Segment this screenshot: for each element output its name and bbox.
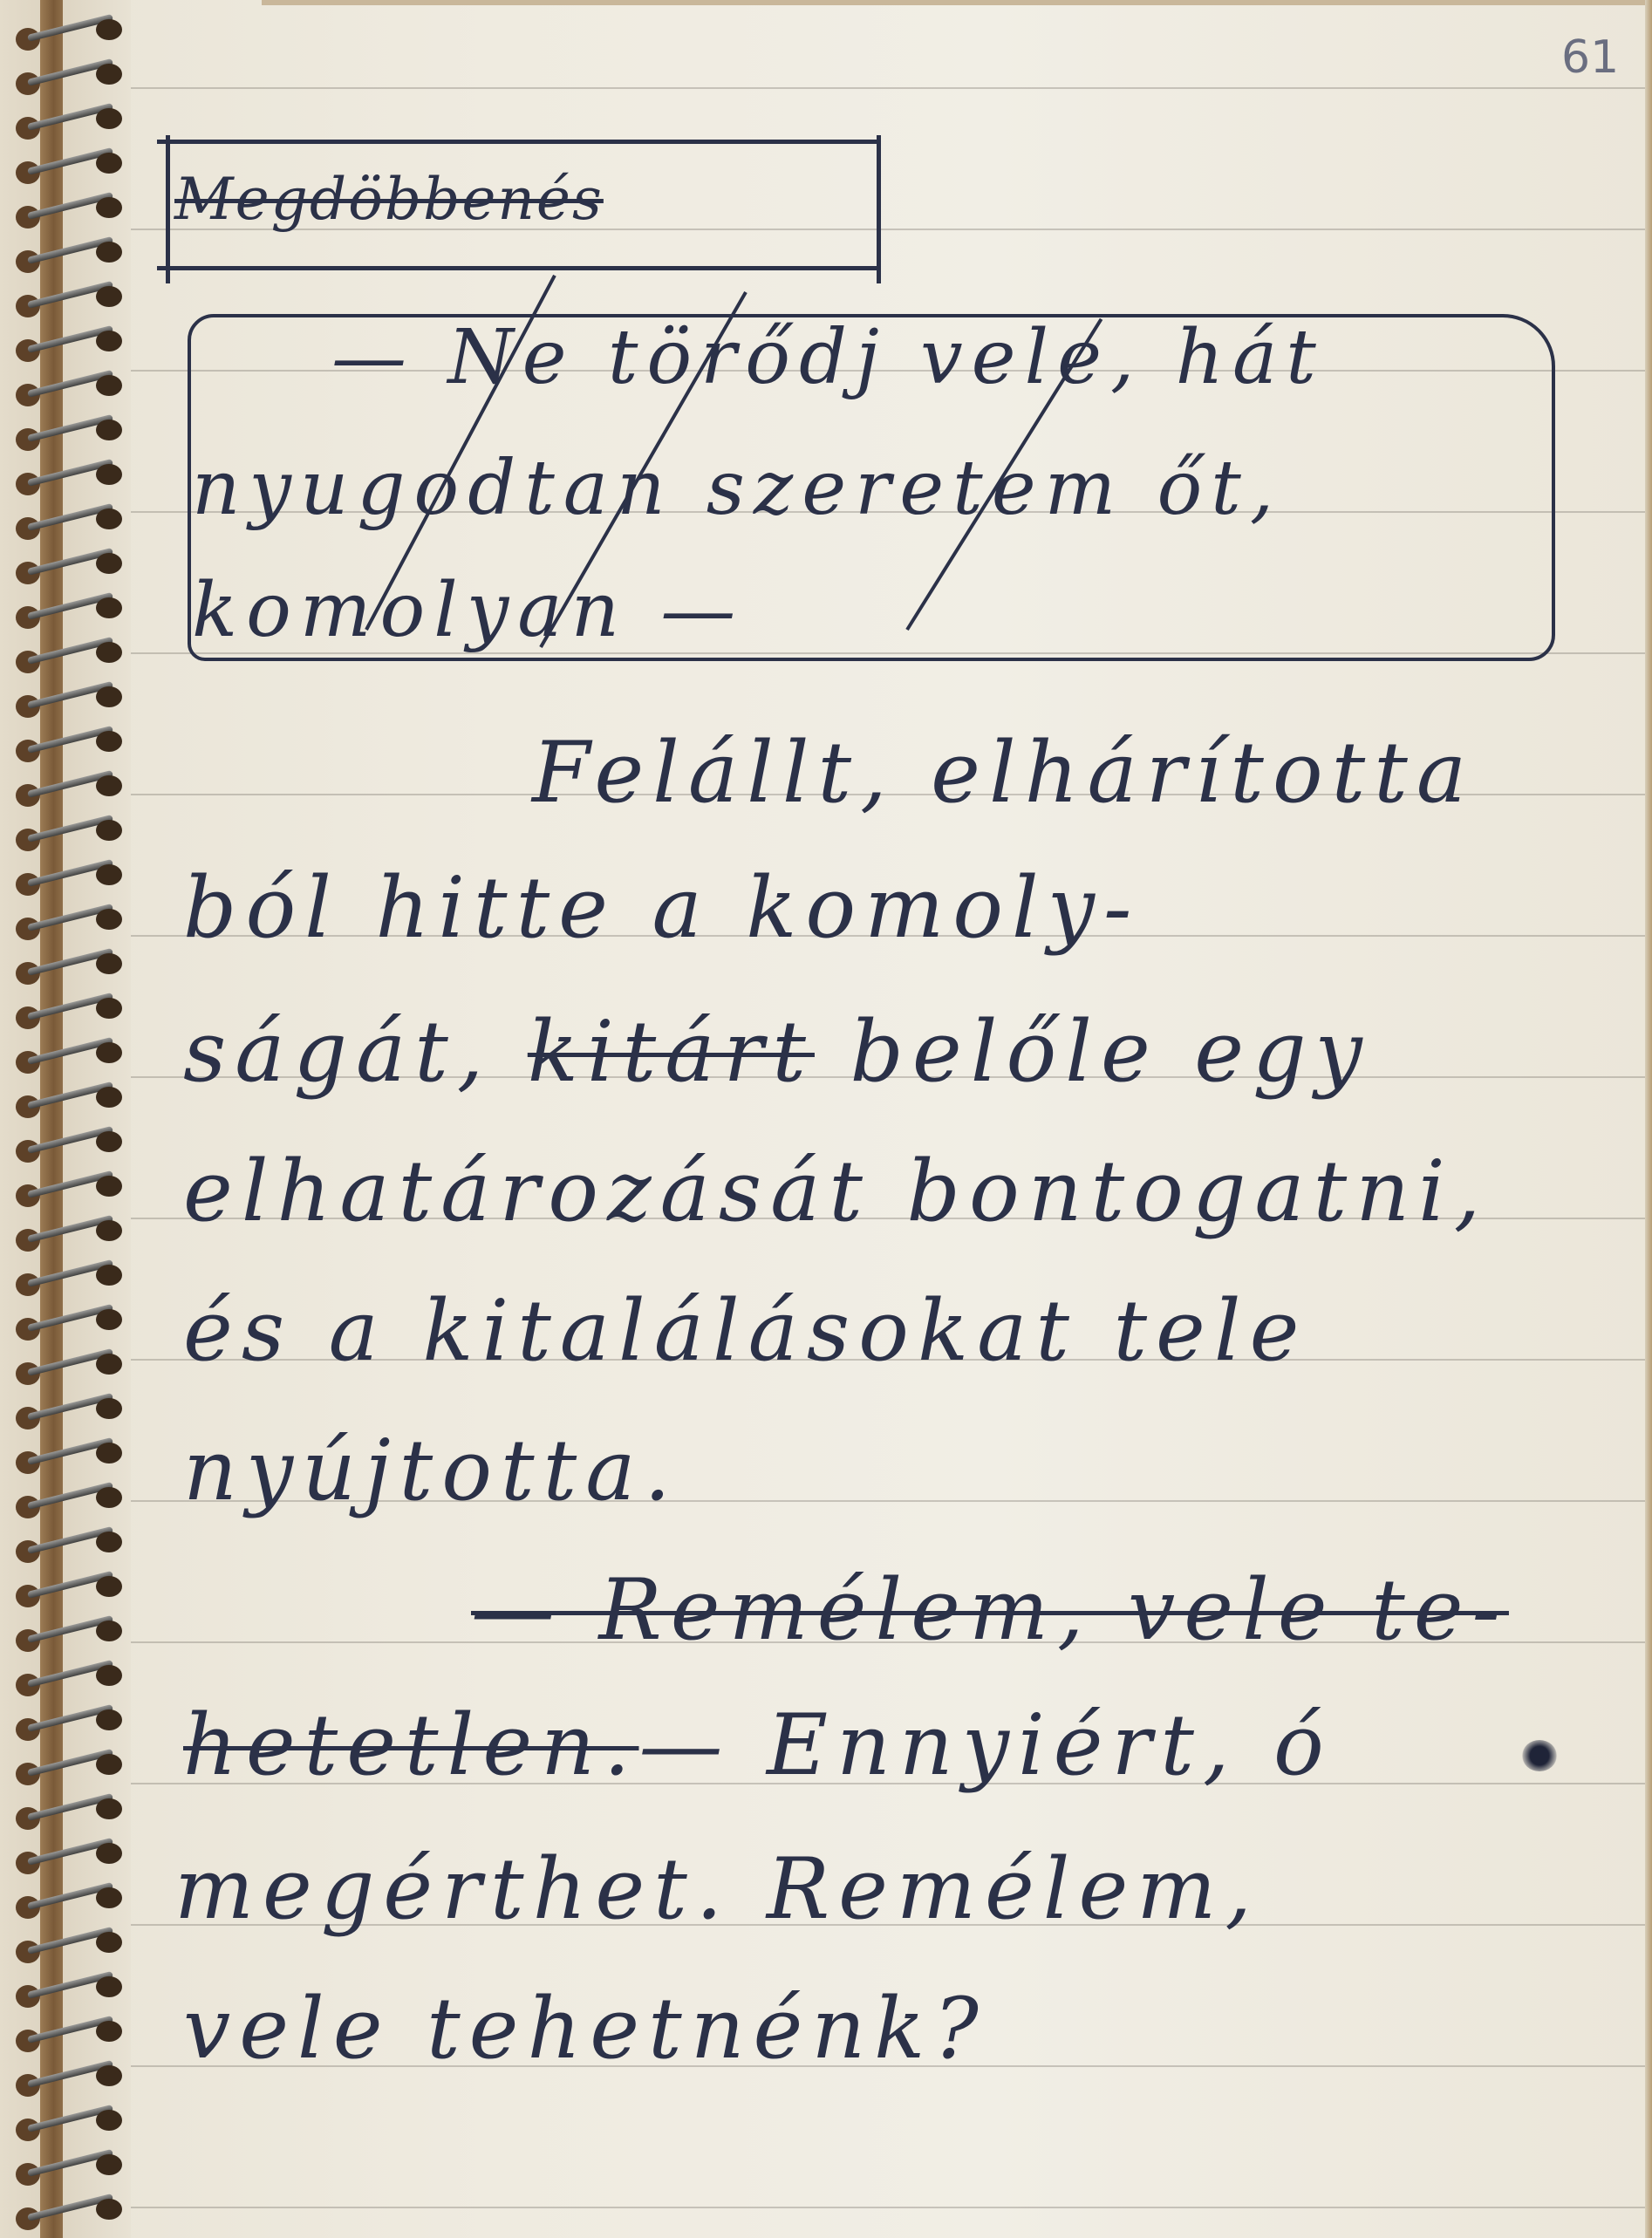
spiral-coil	[16, 649, 122, 677]
spiral-coil	[16, 293, 122, 321]
spiral-coil	[16, 1716, 122, 1744]
body-line: nyújtotta.	[183, 1422, 679, 1519]
body-word: ságát,	[183, 1003, 528, 1101]
ruled-line	[131, 87, 1645, 89]
spiral-coil	[16, 338, 122, 365]
spiral-coil	[16, 693, 122, 721]
spiral-coil	[16, 1138, 122, 1166]
spiral-coil	[16, 1450, 122, 1477]
page-number: 61	[1561, 31, 1619, 84]
spiral-coil	[16, 115, 122, 143]
spiral-coil	[16, 2206, 122, 2234]
spiral-coil	[16, 2117, 122, 2145]
spiral-coil	[16, 604, 122, 632]
spiral-coil	[16, 1805, 122, 1833]
spiral-coil	[16, 1761, 122, 1789]
spiral-coil	[16, 160, 122, 188]
spiral-coil	[16, 560, 122, 588]
spiral-coil	[16, 2161, 122, 2189]
spiral-coil	[16, 1583, 122, 1611]
body-line: vele tehetnénk?	[183, 1980, 987, 2078]
body-line: elhatározását bontogatni,	[183, 1143, 1489, 1240]
spiral-coil	[16, 871, 122, 899]
spiral-coil	[16, 471, 122, 499]
body-line: megérthet. Remélem,	[174, 1840, 1260, 1938]
spiral-coil	[16, 1494, 122, 1522]
body-line: Felállt, elhárította	[532, 724, 1475, 822]
spiral-coil	[16, 1183, 122, 1211]
spiral-coil	[16, 782, 122, 810]
page-right-edge	[1645, 0, 1652, 2238]
page-top-edge	[262, 0, 1652, 5]
cancelled-line: — Ne törődj vele, hát	[331, 314, 1325, 401]
notebook-page: 61 Megdöbbenés — Ne törődj vele, hát nyu…	[0, 0, 1652, 2238]
spiral-coil	[16, 1539, 122, 1566]
spiral-coil	[16, 738, 122, 766]
ink-blot-icon	[1522, 1740, 1557, 1771]
spiral-coil	[16, 1627, 122, 1655]
spiral-coil	[16, 1983, 122, 2011]
spiral-coil	[16, 916, 122, 944]
struck-word: kitárt	[528, 1003, 815, 1101]
spiral-coil	[16, 426, 122, 454]
spiral-coil	[16, 71, 122, 99]
body-word: belőle egy	[815, 1003, 1371, 1101]
body-line: ból hitte a komoly-	[183, 859, 1140, 957]
spiral-coil	[16, 1894, 122, 1922]
spiral-coil	[16, 1272, 122, 1300]
spiral-coil	[16, 1672, 122, 1700]
spiral-coil	[16, 1094, 122, 1122]
spiral-coil	[16, 382, 122, 410]
cancelled-line: nyugodtan szeretem őt,	[192, 445, 1282, 532]
heading-text: Megdöbbenés	[174, 166, 604, 233]
spiral-coil	[16, 1227, 122, 1255]
cancelled-line: komolyan —	[192, 567, 744, 654]
spiral-coil	[16, 1405, 122, 1433]
spiral-coil	[16, 827, 122, 855]
spiral-binding	[0, 0, 131, 2238]
body-line: ságát, kitárt belőle egy	[183, 1003, 1371, 1101]
spiral-coil	[16, 1939, 122, 1967]
body-line: és a kitalálásokat tele	[183, 1282, 1307, 1380]
spiral-coil	[16, 1049, 122, 1077]
spiral-coil	[16, 26, 122, 54]
spiral-coil	[16, 1005, 122, 1033]
spiral-coil	[16, 2072, 122, 2100]
spiral-coil	[16, 249, 122, 276]
body-word: — Ennyiért, ó	[638, 1696, 1332, 1794]
spiral-coil	[16, 960, 122, 988]
ruled-line	[131, 2207, 1645, 2208]
spiral-coil	[16, 515, 122, 543]
struck-body-line: — Remélem, vele te-	[471, 1561, 1509, 1659]
body-line: hetetlen.— Ennyiért, ó	[183, 1696, 1333, 1794]
spiral-coil	[16, 1361, 122, 1389]
struck-word: hetetlen.	[183, 1696, 638, 1794]
spiral-coil	[16, 1316, 122, 1344]
spiral-coil	[16, 204, 122, 232]
spiral-coil	[16, 1850, 122, 1878]
spiral-coil	[16, 2028, 122, 2056]
